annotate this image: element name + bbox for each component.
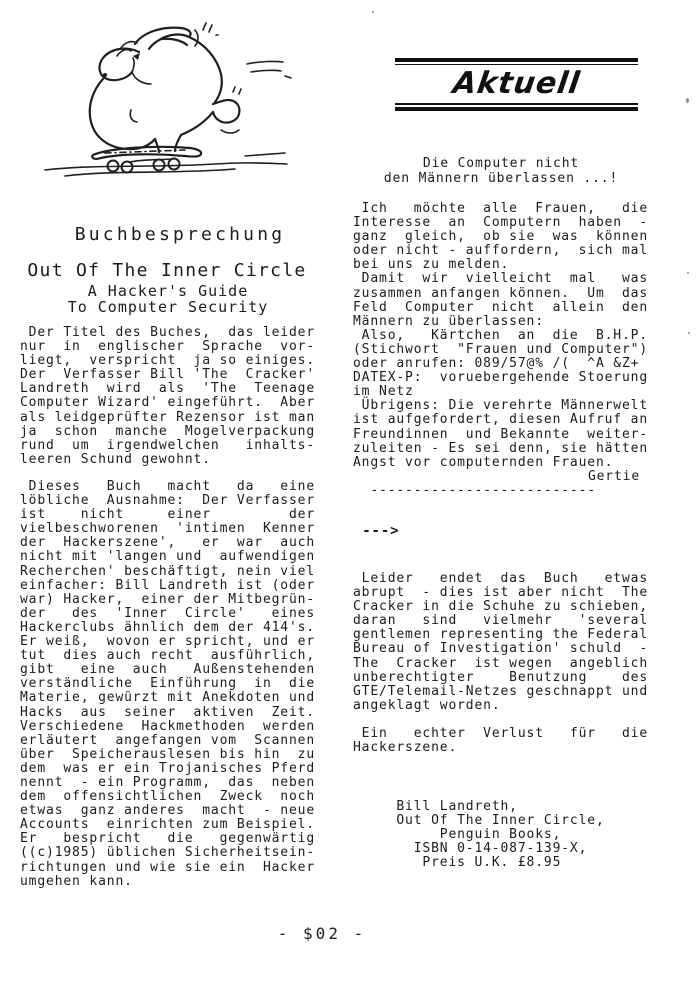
article-title: Die Computer nicht den Männern überlasse…	[353, 156, 649, 186]
creature-drawing	[90, 23, 241, 152]
banner-rule-bottom-thick	[395, 107, 638, 111]
article-body-1: Ich möchte alle Frauen, die Interesse an…	[353, 202, 648, 470]
scan-artifact	[372, 11, 374, 13]
article-body-2: Leider endet das Buch etwas abrupt - die…	[353, 572, 648, 713]
aktuell-banner: Aktuell	[395, 58, 638, 111]
book-title: Out Of The Inner Circle	[17, 260, 317, 281]
scan-artifact	[687, 272, 689, 274]
book-info: Bill Landreth, Out Of The Inner Circle, …	[353, 800, 605, 870]
banner-rule-top-thick	[395, 58, 638, 62]
section-title: Buchbesprechung	[30, 224, 330, 245]
review-paragraph-2: Dieses Buch macht da eine löbliche Ausna…	[20, 480, 315, 889]
scan-artifact	[688, 332, 690, 334]
banner-title: Aktuell	[392, 65, 640, 103]
review-paragraph-1: Der Titel des Buches, das leider nur in …	[20, 326, 315, 467]
page-number: - $02 -	[2, 924, 642, 943]
article-body-3: Ein echter Verlust für die Hackerszene.	[353, 727, 648, 755]
motion-lines	[45, 61, 291, 176]
signature: Gertie	[353, 470, 648, 484]
skateboarder-cartoon	[35, 18, 300, 183]
book-subtitle: A Hacker's Guide To Computer Security	[20, 283, 316, 315]
arrow-marker: --->	[353, 524, 399, 538]
dashed-divider: --------------------------	[353, 484, 596, 498]
scan-artifact	[686, 98, 689, 103]
banner-rule-bottom-thin	[395, 103, 638, 105]
